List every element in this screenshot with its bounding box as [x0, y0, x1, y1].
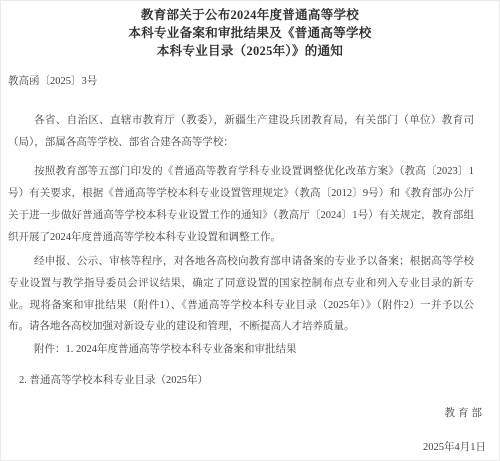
- attachment-item-2: 2. 普通高等学校本科专业目录（2025年）: [1, 370, 499, 392]
- document-title-line-1: 教育部关于公布2024年度普通高等学校: [1, 6, 499, 24]
- document-date: 2025年4月1日: [1, 439, 499, 457]
- document-title-line-3: 本科专业目录（2025年）》的通知: [1, 42, 499, 60]
- document-number: 教高函〔2025〕3号: [1, 75, 499, 89]
- attachment-item-1: 附件：1. 2024年度普通高等学校本科专业备案和审批结果: [1, 339, 499, 361]
- document-title: 教育部关于公布2024年度普通高等学校 本科专业备案和审批结果及《普通高等学校 …: [1, 6, 499, 60]
- body-paragraph-1: 按照教育部等五部门印发的《普通高等教育学科专业设置调整优化改革方案》（教高〔20…: [1, 161, 499, 248]
- notice-document-page: 教育部关于公布2024年度普通高等学校 本科专业备案和审批结果及《普通高等学校 …: [0, 0, 500, 461]
- addressee-paragraph: 各省、自治区、直辖市教育厅（教委），新疆生产建设兵团教育局，有关部门（单位）教育…: [1, 110, 499, 153]
- body-paragraph-2: 经申报、公示、审核等程序，对各地各高校向教育部申请备案的专业予以备案；根据高等学…: [1, 251, 499, 338]
- document-title-line-2: 本科专业备案和审批结果及《普通高等学校: [1, 24, 499, 42]
- signature-issuer: 教育部: [1, 403, 499, 425]
